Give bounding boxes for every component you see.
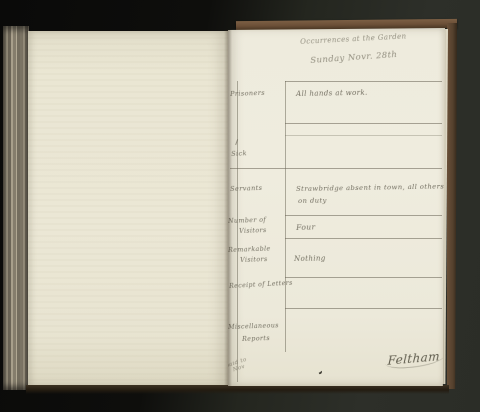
page-header-title: Occurrences at the Garden [300, 32, 407, 46]
row-label-prisoners: Prisoners [230, 89, 265, 98]
left-blank-page [28, 31, 228, 387]
left-page-stack-fore-edge [3, 26, 29, 390]
row-label-remarkable-visitors: Visitors [240, 256, 268, 264]
row-rule-1b [285, 135, 442, 136]
scan-backdrop: { "journal": { "header": { "line1": "Occ… [0, 0, 480, 412]
row-entry-remarkable-visitors: Nothing [294, 254, 326, 263]
column-divider-rule [285, 81, 286, 352]
book-cover-right-edge [447, 23, 457, 389]
page-gutter-shadow [224, 30, 232, 386]
row-label-reports: Reports [242, 335, 270, 343]
row-label-servants: Servants [230, 184, 263, 193]
row-entry-prisoners: All hands at work. [296, 89, 368, 98]
row-label-visitors: Visitors [239, 227, 267, 235]
signature: Feltham [385, 349, 444, 370]
row-label-sick: Sick [231, 149, 247, 158]
row-rule-1 [285, 123, 442, 124]
book-bottom-shadow [26, 385, 449, 394]
row-rule-6 [285, 308, 442, 309]
row-rule-5 [285, 277, 442, 278]
row-label-number-of: Number of [228, 217, 266, 225]
row-rule-top [285, 81, 442, 82]
right-journal-page: Occurrences at the Garden Sunday Novr. 2… [228, 28, 445, 386]
ink-blot-icon [317, 368, 323, 374]
row-rule-4 [285, 238, 442, 239]
row-entry-servants-line1: Strawbridge absent in town, all others [296, 182, 444, 193]
row-rule-2-full [230, 168, 442, 169]
row-entry-visitor-count: Four [296, 222, 316, 232]
row-label-receipt-of-letters: Receipt of Letters [229, 280, 293, 290]
page-header-date: Sunday Novr. 28th [310, 50, 398, 66]
row-label-remarkable: Remarkable [228, 246, 271, 254]
row-rule-3 [285, 215, 442, 216]
margin-rule [237, 81, 238, 382]
row-entry-servants-line2: on duty [298, 196, 327, 205]
row-label-miscellaneous: Miscellaneous [228, 322, 279, 331]
